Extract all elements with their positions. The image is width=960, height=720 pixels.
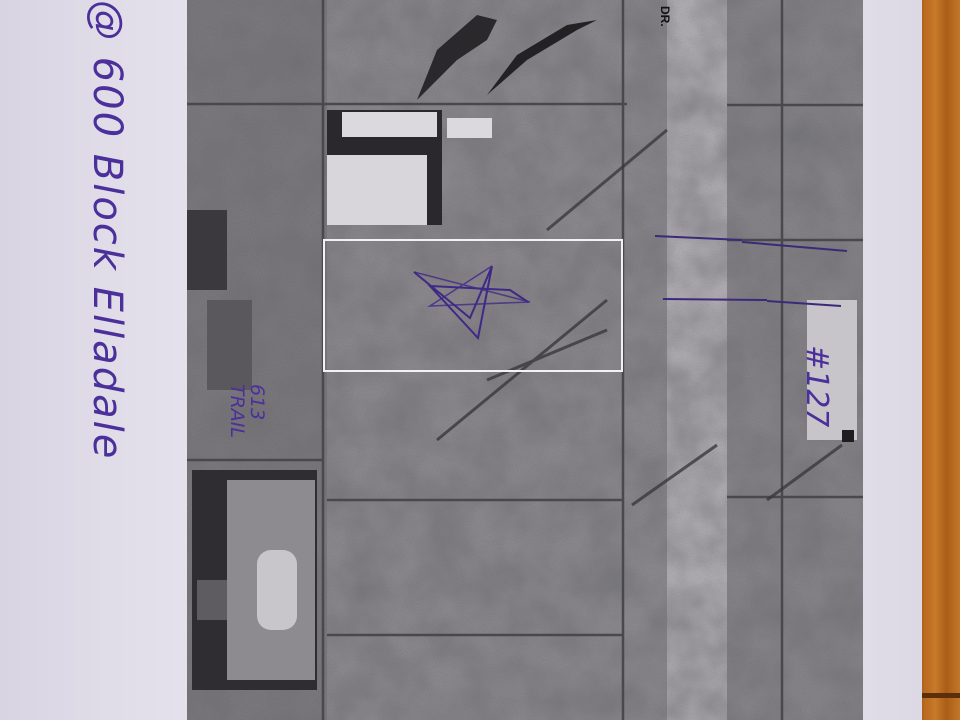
lot-label: 613 TRAIL (227, 384, 267, 438)
location-note: @ 600 Block Elladale (84, 0, 130, 460)
lot-street: TRAIL (227, 384, 247, 438)
lot-number: 613 (247, 384, 267, 438)
street-label: DR. (658, 6, 672, 27)
star-marker-icon (410, 260, 550, 350)
house-number-label: #127 (799, 345, 834, 427)
